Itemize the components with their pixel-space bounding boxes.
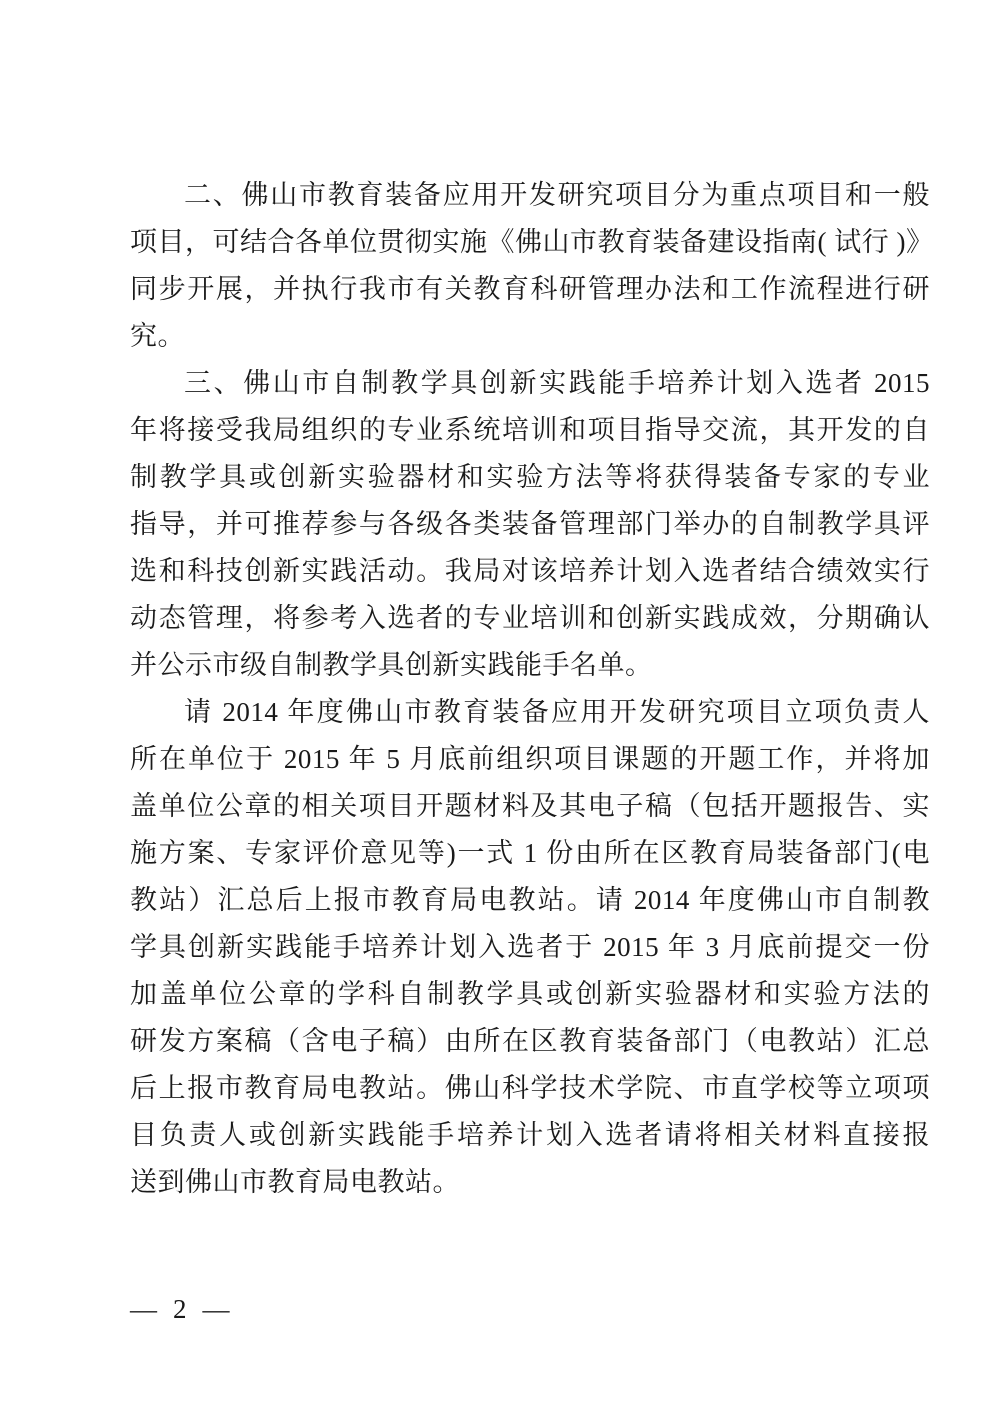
text-line: 同步开展，并执行我市有关教育科研管理办法和工作流程进行研 xyxy=(130,266,930,313)
paragraph-projects-classification: 二、佛山市教育装备应用开发研究项目分为重点项目和一般 项目，可结合各单位贯彻实施… xyxy=(130,172,930,360)
text-line: 二、佛山市教育装备应用开发研究项目分为重点项目和一般 xyxy=(130,172,930,219)
text-line: 研发方案稿（含电子稿）由所在区教育装备部门（电教站）汇总 xyxy=(130,1018,930,1065)
page-number: 2 xyxy=(173,1292,187,1326)
text-line: 教站）汇总后上报市教育局电教站。请 2014 年度佛山市自制教 xyxy=(130,877,930,924)
text-line: 年将接受我局组织的专业系统培训和项目指导交流，其开发的自 xyxy=(130,407,930,454)
text-line: 制教学具或创新实验器材和实验方法等将获得装备专家的专业 xyxy=(130,454,930,501)
text-line: 加盖单位公章的学科自制教学具或创新实验器材和实验方法的 xyxy=(130,971,930,1018)
text-line: 三、佛山市自制教学具创新实践能手培养计划入选者 2015 xyxy=(130,360,930,407)
text-line: 施方案、专家评价意见等)一式 1 份由所在区教育局装备部门(电 xyxy=(130,830,930,877)
text-line: 盖单位公章的相关项目开题材料及其电子稿（包括开题报告、实 xyxy=(130,783,930,830)
text-line: 选和科技创新实践活动。我局对该培养计划入选者结合绩效实行 xyxy=(130,548,930,595)
text-line: 送到佛山市教育局电教站。 xyxy=(130,1159,930,1206)
paragraph-training-program: 三、佛山市自制教学具创新实践能手培养计划入选者 2015 年将接受我局组织的专业… xyxy=(130,360,930,689)
text-line: 请 2014 年度佛山市教育装备应用开发研究项目立项负责人 xyxy=(130,689,930,736)
text-line: 并公示市级自制教学具创新实践能手名单。 xyxy=(130,642,930,689)
text-line: 动态管理，将参考入选者的专业培训和创新实践成效，分期确认 xyxy=(130,595,930,642)
paragraph-submission-requirements: 请 2014 年度佛山市教育装备应用开发研究项目立项负责人 所在单位于 2015… xyxy=(130,689,930,1206)
document-page: 二、佛山市教育装备应用开发研究项目分为重点项目和一般 项目，可结合各单位贯彻实施… xyxy=(0,0,992,1403)
text-line: 项目，可结合各单位贯彻实施《佛山市教育装备建设指南( 试行 )》 xyxy=(130,219,930,266)
page-footer: — 2 — xyxy=(130,1292,230,1326)
text-line: 后上报市教育局电教站。佛山科学技术学院、市直学校等立项项 xyxy=(130,1065,930,1112)
text-line: 目负责人或创新实践能手培养计划入选者请将相关材料直接报 xyxy=(130,1112,930,1159)
text-line: 指导，并可推荐参与各级各类装备管理部门举办的自制教学具评 xyxy=(130,501,930,548)
text-line: 学具创新实践能手培养计划入选者于 2015 年 3 月底前提交一份 xyxy=(130,924,930,971)
text-line: 究。 xyxy=(130,313,930,360)
document-body: 二、佛山市教育装备应用开发研究项目分为重点项目和一般 项目，可结合各单位贯彻实施… xyxy=(130,172,930,1206)
footer-dash-left: — xyxy=(130,1292,157,1326)
footer-dash-right: — xyxy=(203,1292,230,1326)
text-line: 所在单位于 2015 年 5 月底前组织项目课题的开题工作，并将加 xyxy=(130,736,930,783)
